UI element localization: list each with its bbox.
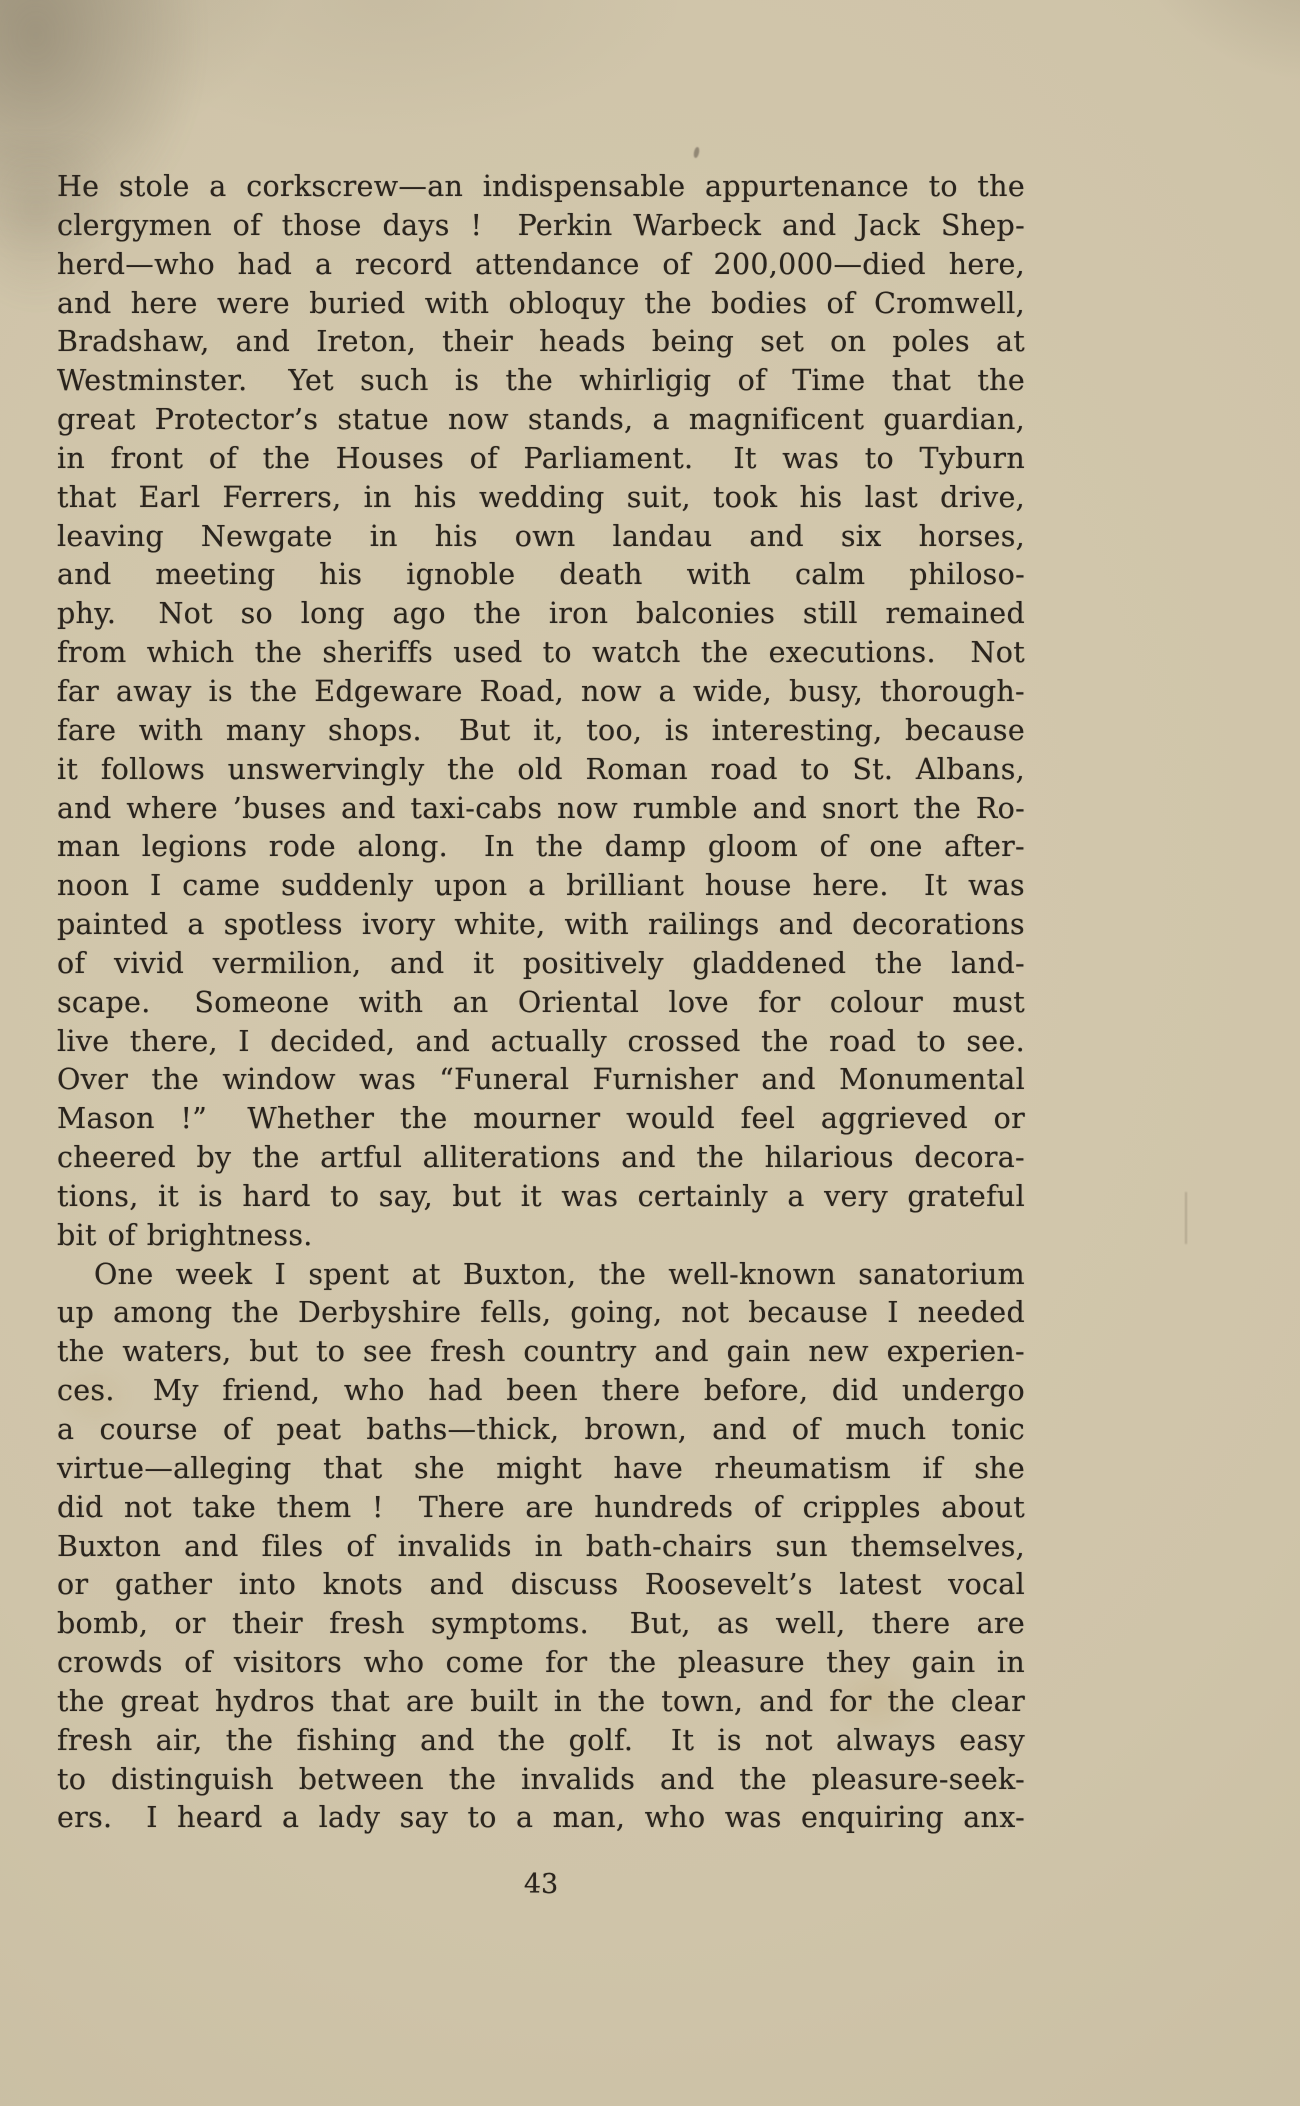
text-line: Mason !” Whether the mourner would feel …	[57, 1100, 1025, 1139]
text-line: crowds of visitors who come for the plea…	[57, 1644, 1025, 1683]
page-text: He stole a corkscrew—an indispensable ap…	[57, 168, 1025, 1838]
ink-speck	[693, 147, 700, 159]
text-line: clergymen of those days ! Perkin Warbeck…	[57, 207, 1025, 246]
text-line: it follows unswervingly the old Roman ro…	[57, 751, 1025, 790]
text-line: bit of brightness.	[57, 1217, 1025, 1256]
text-line: fare with many shops. But it, too, is in…	[57, 712, 1025, 751]
text-line: tions, it is hard to say, but it was cer…	[57, 1178, 1025, 1217]
text-line: painted a spotless ivory white, with rai…	[57, 906, 1025, 945]
text-line: the waters, but to see fresh country and…	[57, 1333, 1025, 1372]
text-line: far away is the Edgeware Road, now a wid…	[57, 673, 1025, 712]
paper-scratch	[1185, 1192, 1187, 1244]
text-line: in front of the Houses of Parliament. It…	[57, 440, 1025, 479]
text-line: to distinguish between the invalids and …	[57, 1761, 1025, 1800]
text-line: virtue—alleging that she might have rheu…	[57, 1450, 1025, 1489]
text-line: bomb, or their fresh symptoms. But, as w…	[57, 1605, 1025, 1644]
text-line: that Earl Ferrers, in his wedding suit, …	[57, 479, 1025, 518]
text-line: He stole a corkscrew—an indispensable ap…	[57, 168, 1025, 207]
text-line: ers. I heard a lady say to a man, who wa…	[57, 1799, 1025, 1838]
text-line: did not take them ! There are hundreds o…	[57, 1489, 1025, 1528]
text-line: and where ’buses and taxi-cabs now rumbl…	[57, 790, 1025, 829]
text-line: fresh air, the fishing and the golf. It …	[57, 1722, 1025, 1761]
text-line: cheered by the artful alliterations and …	[57, 1139, 1025, 1178]
text-line: a course of peat baths—thick, brown, and…	[57, 1411, 1025, 1450]
text-line: from which the sheriffs used to watch th…	[57, 634, 1025, 673]
text-line: Buxton and files of invalids in bath-cha…	[57, 1528, 1025, 1567]
text-line: great Protector’s statue now stands, a m…	[57, 401, 1025, 440]
text-line: noon I came suddenly upon a brilliant ho…	[57, 867, 1025, 906]
text-line: and here were buried with obloquy the bo…	[57, 285, 1025, 324]
text-line: leaving Newgate in his own landau and si…	[57, 518, 1025, 557]
text-line: Bradshaw, and Ireton, their heads being …	[57, 323, 1025, 362]
text-line: up among the Derbyshire fells, going, no…	[57, 1294, 1025, 1333]
scanned-book-page: { "page": { "number": "43", "colors": { …	[0, 0, 1300, 2106]
text-line: man legions rode along. In the damp gloo…	[57, 828, 1025, 867]
text-line: of vivid vermilion, and it positively gl…	[57, 945, 1025, 984]
text-line: ces. My friend, who had been there befor…	[57, 1372, 1025, 1411]
text-line: Over the window was “Funeral Furnisher a…	[57, 1061, 1025, 1100]
page-number: 43	[57, 1869, 1025, 1900]
text-line: live there, I decided, and actually cros…	[57, 1023, 1025, 1062]
text-line: and meeting his ignoble death with calm …	[57, 556, 1025, 595]
text-line: Westminster. Yet such is the whirligig o…	[57, 362, 1025, 401]
text-line: herd—who had a record attendance of 200,…	[57, 246, 1025, 285]
text-line: One week I spent at Buxton, the well-kno…	[57, 1256, 1025, 1295]
text-line: phy. Not so long ago the iron balconies …	[57, 595, 1025, 634]
text-line: scape. Someone with an Oriental love for…	[57, 984, 1025, 1023]
text-line: or gather into knots and discuss Rooseve…	[57, 1566, 1025, 1605]
text-line: the great hydros that are built in the t…	[57, 1683, 1025, 1722]
